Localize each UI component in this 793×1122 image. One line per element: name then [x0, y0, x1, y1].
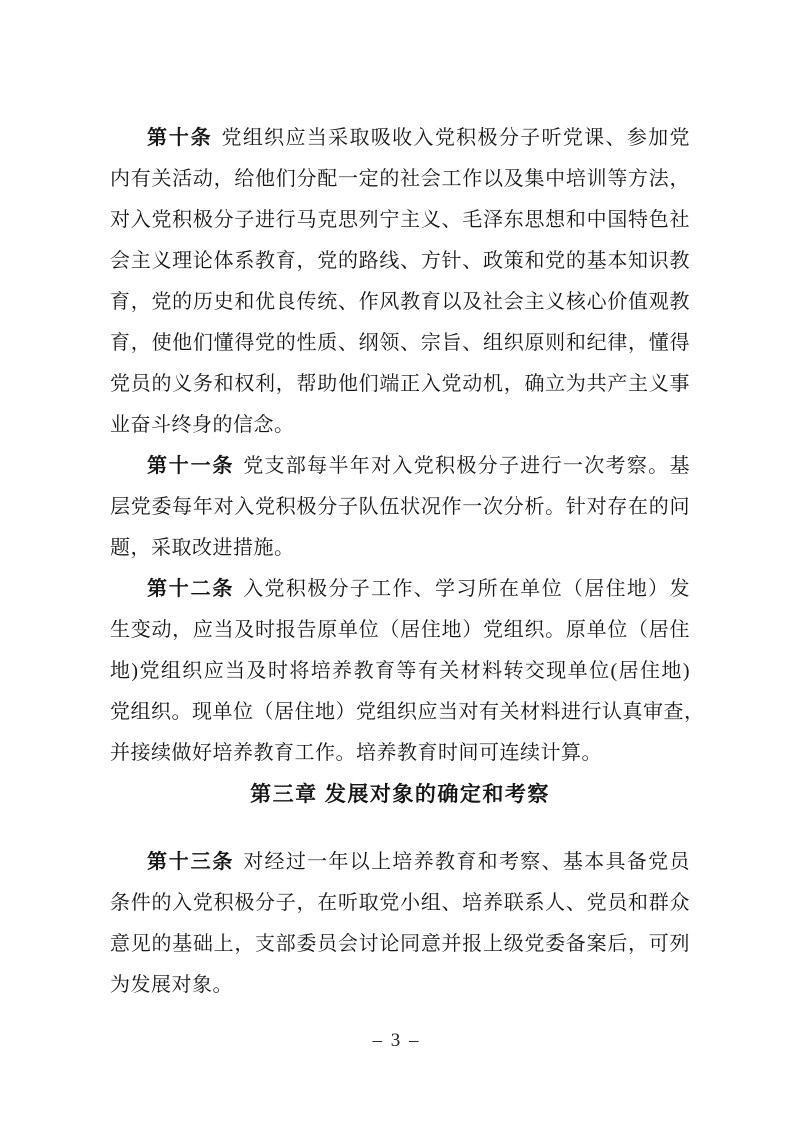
article-number: 第十条 [147, 127, 213, 149]
article-number: 第十三条 [147, 851, 234, 873]
text-line: 生变动，应当及时报告原单位（居住地）党组织。原单位（居住 [110, 610, 690, 651]
text-line: 题，采取改进措施。 [110, 528, 690, 569]
text-line: 层党委每年对入党积极分子队伍状况作一次分析。针对存在的问 [110, 487, 690, 528]
article-paragraph: 第十二条入党积极分子工作、学习所在单位（居住地）发生变动，应当及时报告原单位（居… [110, 569, 690, 774]
text-line: 地)党组织应当及时将培养教育等有关材料转交现单位(居住地) [110, 651, 690, 692]
document-page: 第十条党组织应当采取吸收入党积极分子听党课、参加党内有关活动，给他们分配一定的社… [0, 0, 793, 1122]
text-line: 第十一条党支部每半年对入党积极分子进行一次考察。基 [110, 446, 690, 487]
article-paragraph: 第十三条对经过一年以上培养教育和考察、基本具备党员条件的入党积极分子，在听取党小… [110, 842, 690, 1006]
document-body: 第十条党组织应当采取吸收入党积极分子听党课、参加党内有关活动，给他们分配一定的社… [110, 118, 690, 1006]
text-line: 党员的义务和权利，帮助他们端正入党动机，确立为共产主义事 [110, 364, 690, 405]
text-line: 业奋斗终身的信念。 [110, 405, 690, 446]
text-line: 第十三条对经过一年以上培养教育和考察、基本具备党员 [110, 842, 690, 883]
text-line: 为发展对象。 [110, 965, 690, 1006]
text-line: 第十二条入党积极分子工作、学习所在单位（居住地）发 [110, 569, 690, 610]
text-line: 内有关活动，给他们分配一定的社会工作以及集中培训等方法， [110, 159, 690, 200]
article-paragraph: 第十条党组织应当采取吸收入党积极分子听党课、参加党内有关活动，给他们分配一定的社… [110, 118, 690, 446]
text-line: 育，党的历史和优良传统、作风教育以及社会主义核心价值观教 [110, 282, 690, 323]
text-line: 意见的基础上，支部委员会讨论同意并报上级党委备案后，可列 [110, 924, 690, 965]
text-line: 育，使他们懂得党的性质、纲领、宗旨、组织原则和纪律，懂得 [110, 323, 690, 364]
article-number: 第十一条 [147, 455, 234, 477]
text-line: 第十条党组织应当采取吸收入党积极分子听党课、参加党 [110, 118, 690, 159]
page-number: – 3 – [0, 1030, 793, 1052]
chapter-heading: 第三章 发展对象的确定和考察 [110, 774, 690, 815]
article-paragraph: 第十一条党支部每半年对入党积极分子进行一次考察。基层党委每年对入党积极分子队伍状… [110, 446, 690, 569]
text-line: 党组织。现单位（居住地）党组织应当对有关材料进行认真审查， [110, 692, 690, 733]
text-line: 条件的入党积极分子，在听取党小组、培养联系人、党员和群众 [110, 883, 690, 924]
text-line: 对入党积极分子进行马克思列宁主义、毛泽东思想和中国特色社 [110, 200, 690, 241]
article-number: 第十二条 [147, 578, 234, 600]
text-line: 并接续做好培养教育工作。培养教育时间可连续计算。 [110, 733, 690, 774]
text-line: 会主义理论体系教育，党的路线、方针、政策和党的基本知识教 [110, 241, 690, 282]
